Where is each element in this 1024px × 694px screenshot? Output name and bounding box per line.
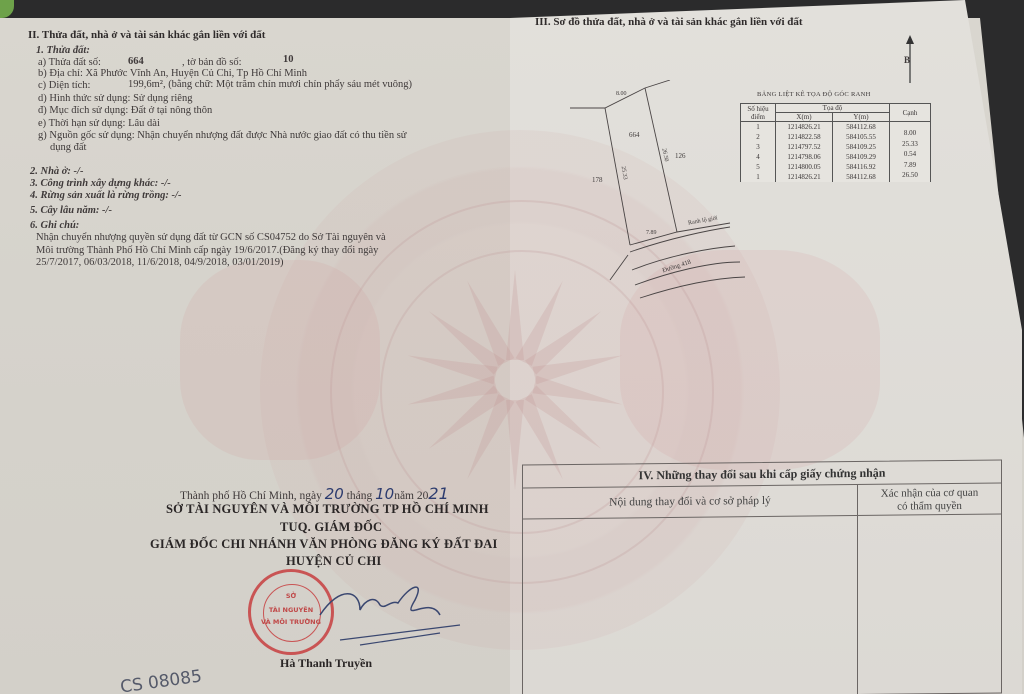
col-x: X(m) [776, 113, 833, 122]
other-works-item: 3. Công trình xây dựng khác: -/- [30, 178, 171, 189]
coord-point: 3 [741, 142, 776, 152]
day-handwritten: 20 [325, 485, 344, 503]
notes-line: Môi trường Thành Phố Hồ Chí Minh cấp ngà… [36, 245, 378, 256]
section2-heading: II. Thửa đất, nhà ở và tài sản khác gắn … [28, 29, 265, 41]
left-neighbor-label: 178 [592, 176, 603, 184]
coord-x: 1214826.21 [776, 172, 833, 182]
signer-name: Hà Thanh Truyền [280, 656, 372, 671]
parcel-number: 664 [128, 56, 144, 67]
month-handwritten: 10 [375, 485, 394, 503]
coord-point: 5 [741, 162, 776, 172]
notes-line: Nhận chuyển nhượng quyền sử dụng đất từ … [36, 232, 386, 243]
place-date: Thành phố Hồ Chí Minh, ngày 20 tháng 10n… [180, 484, 449, 503]
changes-table: IV. Những thay đổi sau khi cấp giấy chứn… [522, 459, 1002, 694]
col-edge: Cạnh [890, 104, 931, 122]
right-neighbor-label: 126 [675, 152, 686, 160]
signer-district: HUYỆN CỦ CHI [286, 554, 381, 569]
coord-point: 4 [741, 152, 776, 162]
notes-line: 25/7/2017, 06/03/2018, 11/6/2018, 04/9/2… [36, 257, 284, 268]
coord-x: 1214822.58 [776, 132, 833, 142]
coord-y: 584112.68 [833, 172, 890, 182]
col-coords: Tọa độ [776, 104, 890, 113]
coord-table-title: BẢNG LIỆT KÊ TỌA ĐỘ GÓC RANH [757, 91, 871, 98]
coord-point: 1 [741, 122, 776, 133]
coord-y: 584109.25 [833, 142, 890, 152]
edge-bottom-label: 7.89 [646, 230, 657, 236]
house-item: 2. Nhà ở: -/- [30, 166, 83, 177]
coord-y: 584109.29 [833, 152, 890, 162]
forest-item: 4. Rừng sản xuất là rừng trồng: -/- [30, 190, 181, 201]
area-value: 199,6m², (bằng chữ: Một trăm chín mươi c… [128, 79, 412, 90]
coord-x: 1214797.52 [776, 142, 833, 152]
coord-edges: 8.0025.330.547.8926.50 [890, 122, 931, 183]
notes-title: 6. Ghi chú: [30, 220, 79, 231]
col-point: Số hiệu điểm [741, 104, 776, 122]
issuing-organization: SỞ TÀI NGUYÊN VÀ MÔI TRƯỜNG TP HỒ CHÍ MI… [166, 502, 489, 517]
coord-y: 584112.68 [833, 122, 890, 133]
col-authority-confirmation: Xác nhận của cơ quan có thẩm quyền [858, 483, 1001, 514]
month-label: tháng [347, 490, 373, 502]
parcel-label: 664 [629, 131, 640, 139]
use-form: d) Hình thức sử dụng: Sử dụng riêng [38, 93, 192, 104]
map-sheet-label: , tờ bản đồ số: [182, 57, 242, 68]
signature-scribble-icon [300, 585, 480, 655]
tuq-line: TUQ. GIÁM ĐỐC [280, 520, 382, 535]
coord-point: 2 [741, 132, 776, 142]
coord-y: 584116.92 [833, 162, 890, 172]
parcel-label: a) Thửa đất số: [38, 57, 101, 68]
year-label: năm 20 [394, 490, 428, 502]
address-line: b) Địa chỉ: Xã Phước Vĩnh An, Huyện Củ C… [38, 68, 307, 79]
year-handwritten: 21 [428, 484, 448, 503]
signer-title: GIÁM ĐỐC CHI NHÁNH VĂN PHÒNG ĐĂNG KÝ ĐẤT… [150, 537, 498, 552]
map-sheet-number: 10 [283, 54, 294, 65]
coord-x: 1214826.21 [776, 122, 833, 133]
col-y: Y(m) [833, 113, 890, 122]
land-origin-cont: dụng đất [50, 142, 86, 153]
coord-y: 584105.55 [833, 132, 890, 142]
place-date-prefix: Thành phố Hồ Chí Minh, ngày [180, 490, 322, 502]
area-label: c) Diện tích: [38, 80, 90, 91]
edge-top-label: 8.00 [616, 91, 627, 97]
parcel-diagram [570, 80, 750, 300]
coordinate-table: Số hiệu điểm Tọa độ Cạnh X(m) Y(m) 11214… [740, 103, 931, 182]
change-content-cell [523, 516, 858, 694]
photo-corner-artifact [0, 0, 14, 18]
coord-x: 1214800.05 [776, 162, 833, 172]
col-authority-line2: có thẩm quyền [858, 499, 1001, 513]
coord-row: 11214826.21584112.688.0025.330.547.8926.… [741, 122, 931, 133]
land-title: 1. Thửa đất: [36, 45, 90, 56]
perennial-item: 5. Cây lâu năm: -/- [30, 205, 112, 216]
section3-heading: III. Sơ đồ thửa đất, nhà ở và tài sản kh… [535, 16, 803, 28]
coord-x: 1214798.06 [776, 152, 833, 162]
north-label: B [904, 55, 910, 65]
use-purpose: đ) Mục đích sử dụng: Đất ở tại nông thôn [38, 105, 212, 116]
coord-point: 1 [741, 172, 776, 182]
use-term: e) Thời hạn sử dụng: Lâu dài [38, 118, 160, 129]
land-origin: g) Nguồn gốc sử dụng: Nhận chuyển nhượng… [38, 130, 407, 141]
col-change-content: Nội dung thay đổi và cơ sở pháp lý [523, 485, 858, 519]
